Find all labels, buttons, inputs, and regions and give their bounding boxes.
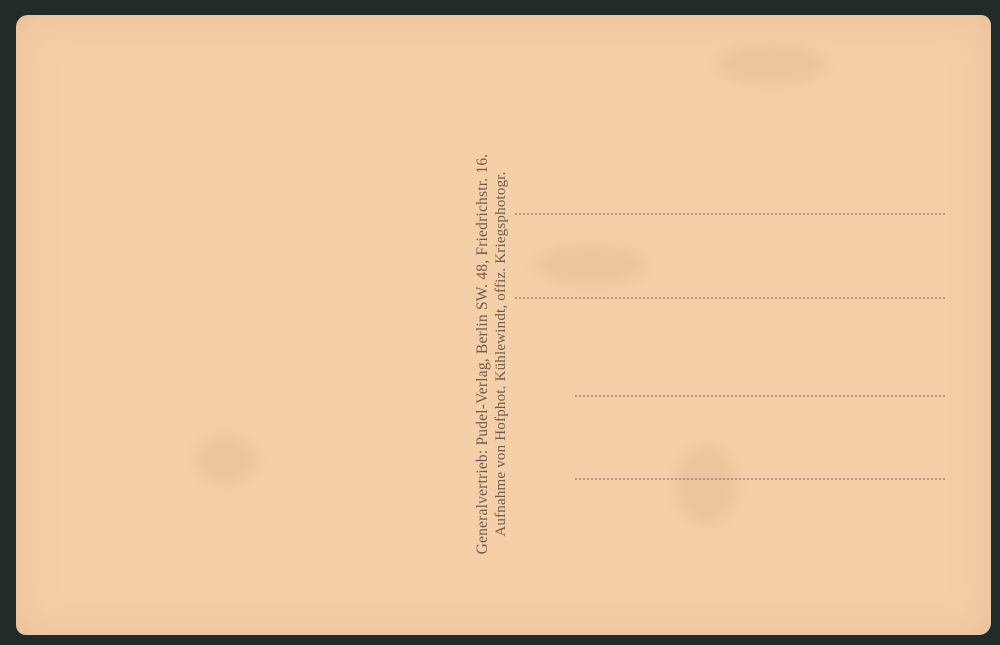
paper-stain [196,435,256,485]
address-line-1 [515,213,945,215]
paper-stain [716,45,826,85]
address-line-4 [575,478,945,480]
publisher-imprint: Generalvertrieb: Pudel-Verlag, Berlin SW… [457,108,527,600]
paper-stain [676,445,736,525]
address-line-2 [515,297,945,299]
postcard-back: Generalvertrieb: Pudel-Verlag, Berlin SW… [16,15,991,635]
imprint-line-2: Aufnahme von Hofphot. Kühlewindt, offiz.… [492,108,510,600]
paper-stain [536,245,646,285]
imprint-line-1: Generalvertrieb: Pudel-Verlag, Berlin SW… [474,108,492,600]
address-line-3 [575,395,945,397]
